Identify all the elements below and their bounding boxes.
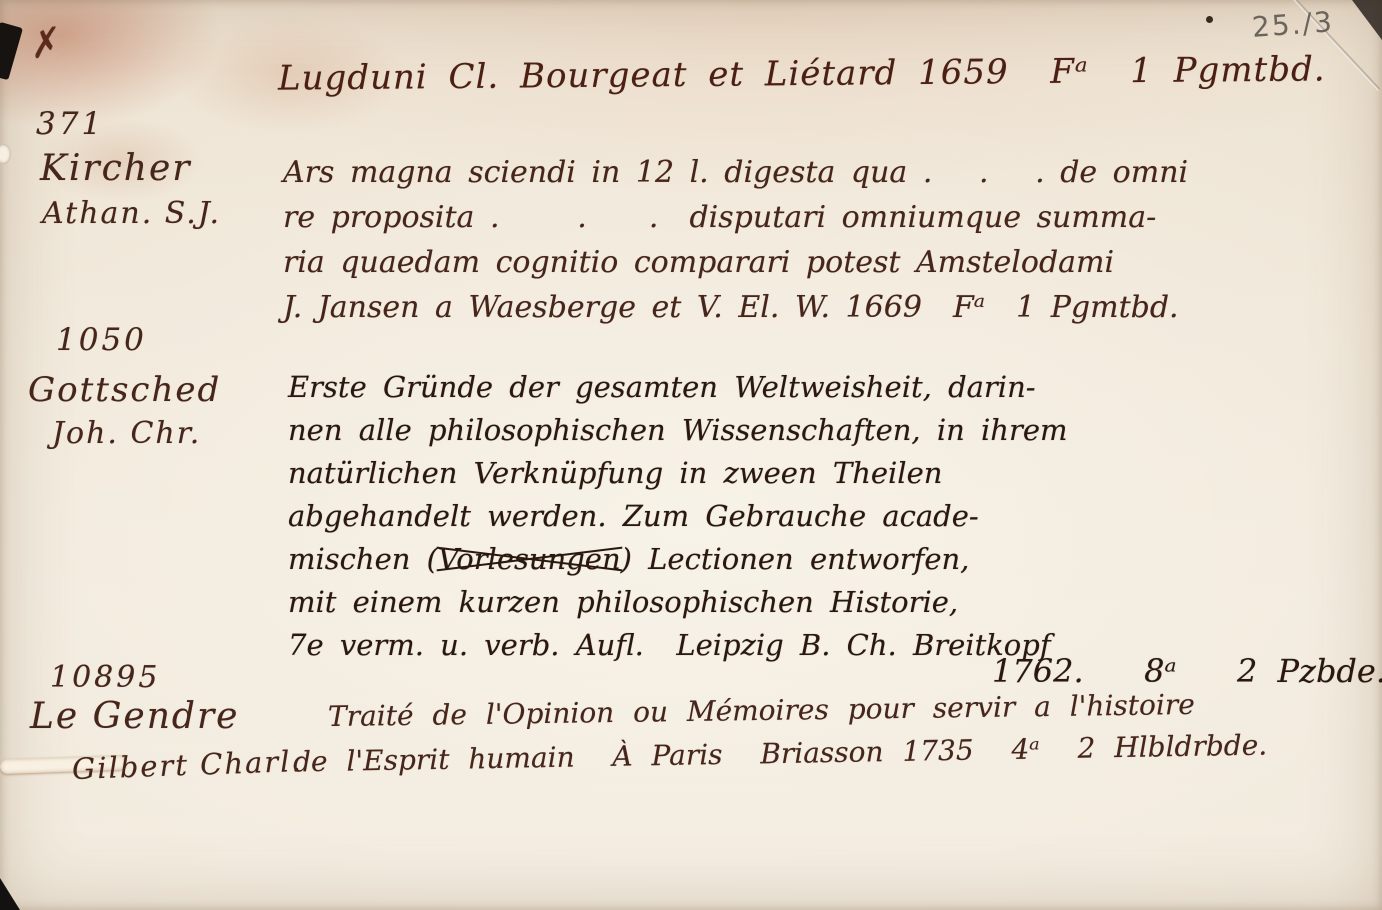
entry-line-with-strikeout: mischen (Vorlesungen) Lectionen entworfe… — [288, 538, 1068, 581]
entry-text-kircher: Ars magna sciendi in 12 l. digesta qua .… — [283, 150, 1188, 330]
ink-scribble-mark: ✗ — [23, 21, 63, 68]
line-segment: ) Lectionen entworfen, — [621, 542, 970, 576]
entry-line: mit einem kurzen philosophischen Histori… — [288, 581, 1068, 624]
entry-line: Traité de l'Opinion ou Mémoires pour ser… — [328, 688, 1195, 733]
entry-line: nen alle philosophischen Wissenschaften,… — [288, 409, 1068, 452]
entry-imprint: 1762. 8ᵃ 2 Pzbde. — [992, 652, 1382, 690]
entry-line: abgehandelt werden. Zum Gebrauche acade- — [288, 495, 1068, 538]
entry-line: re proposita . . . disputari omniumque s… — [283, 195, 1188, 240]
edge-nick — [0, 144, 11, 164]
entry-line: natürlichen Verknüpfung in zween Theilen — [288, 452, 1068, 495]
ink-dot — [1206, 16, 1213, 23]
torn-corner-top-left — [0, 22, 23, 81]
entry-line: Ars magna sciendi in 12 l. digesta qua .… — [283, 150, 1188, 195]
entry-line: 7e verm. u. verb. Aufl. Leipzig B. Ch. B… — [288, 624, 1068, 667]
author-forename: Gilbert Charl. — [71, 744, 303, 786]
entry-number: 10895 — [50, 660, 160, 695]
entry-line: ria quaedam cognitio comparari potest Am… — [283, 240, 1188, 285]
entry-line: J. Jansen a Waesberge et V. El. W. 1669 … — [283, 285, 1188, 330]
entry-line: Erste Gründe der gesamten Weltweisheit, … — [288, 366, 1068, 409]
entry-line: de l'Esprit humain À Paris Briasson 1735… — [293, 729, 1268, 779]
author-forename: Athan. S.J. — [42, 196, 221, 231]
author-surname: Le Gendre — [30, 696, 239, 737]
shadow-corner-top-right — [1352, 0, 1382, 40]
corner-shelf-note: 25./3 — [1251, 5, 1335, 44]
struck-word: Vorlesungen — [438, 542, 621, 576]
entry-number: 371 — [36, 106, 104, 142]
entry-text-gottsched: Erste Gründe der gesamten Weltweisheit, … — [288, 366, 1068, 667]
entry-number: 1050 — [56, 322, 147, 358]
author-surname: Kircher — [40, 148, 191, 189]
torn-corner-bottom-left — [0, 878, 20, 910]
author-surname: Gottsched — [28, 370, 221, 410]
author-forename: Joh. Chr. — [52, 416, 201, 451]
carryover-imprint-line: Lugduni Cl. Bourgeat et Liétard 1659 Fᵃ … — [278, 49, 1326, 98]
catalog-page: ✗ 25./3 Lugduni Cl. Bourgeat et Liétard … — [0, 0, 1382, 910]
line-segment: mischen ( — [288, 542, 438, 576]
